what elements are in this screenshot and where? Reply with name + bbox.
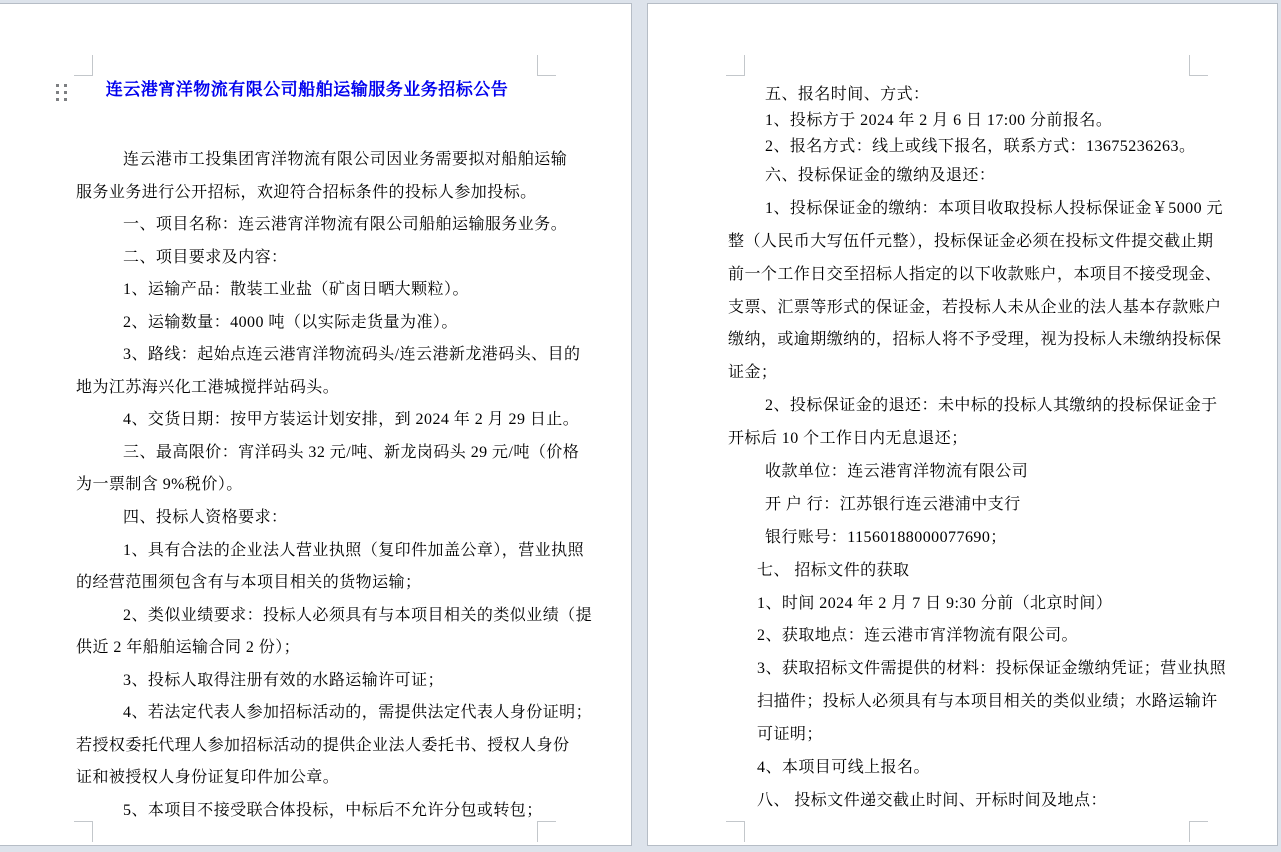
text-line: 2、投标保证金的退还：未中标的投标人其缴纳的投标保证金于 <box>728 390 1190 423</box>
text-line: 服务业务进行公开招标，欢迎符合招标条件的投标人参加投标。 <box>76 177 539 210</box>
margin-corner-mark-top-right <box>537 55 556 76</box>
text-line: 开 户 行：江苏银行连云港浦中支行 <box>728 489 1190 522</box>
text-line: 的经营范围须包含有与本项目相关的货物运输； <box>76 567 539 600</box>
text-line: 一、项目名称：连云港宵洋物流有限公司船舶运输服务业务。 <box>76 209 539 242</box>
text-line: 4、本项目可线上报名。 <box>728 752 1190 785</box>
margin-corner-mark-top-left <box>726 55 745 76</box>
text-line: 六、投标保证金的缴纳及退还： <box>728 160 1190 193</box>
text-line: 八、 投标文件递交截止时间、开标时间及地点： <box>728 785 1190 818</box>
text-line: 证金； <box>728 357 1190 390</box>
text-line: 3、获取招标文件需提供的材料：投标保证金缴纳凭证；营业执照 <box>728 653 1190 686</box>
text-line: 1、时间 2024 年 2 月 7 日 9:30 分前（北京时间） <box>728 588 1190 621</box>
margin-corner-mark-top-left <box>74 55 93 76</box>
text-line: 2、运输数量：4000 吨（以实际走货量为准）。 <box>76 307 539 340</box>
text-line: 4、交货日期：按甲方装运计划安排，到 2024 年 2 月 29 日止。 <box>76 404 539 437</box>
text-line: 5、本项目不接受联合体投标，中标后不允许分包或转包； <box>76 795 539 828</box>
text-line: 缴纳，或逾期缴纳的，招标人将不予受理，视为投标人未缴纳投标保 <box>728 324 1190 357</box>
document-title: 连云港宵洋物流有限公司船舶运输服务业务招标公告 <box>76 78 538 102</box>
text-line: 1、投标保证金的缴纳：本项目收取投标人投标保证金￥5000 元 <box>728 193 1190 226</box>
margin-corner-mark-bottom-left <box>726 821 745 842</box>
text-line: 1、投标方于 2024 年 2 月 6 日 17:00 分前报名。 <box>728 108 1190 134</box>
text-line: 收款单位：连云港宵洋物流有限公司 <box>728 456 1190 489</box>
document-page-1: 连云港宵洋物流有限公司船舶运输服务业务招标公告 连云港市工投集团宵洋物流有限公司… <box>0 4 631 845</box>
text-line: 2、获取地点：连云港市宵洋物流有限公司。 <box>728 620 1190 653</box>
text-line: 整（人民币大写伍仟元整），投标保证金必须在投标文件提交截止期 <box>728 226 1190 259</box>
text-line: 四、投标人资格要求： <box>76 502 539 535</box>
text-line: 为一票制含 9%税价）。 <box>76 469 539 502</box>
text-line: 2、报名方式：线上或线下报名，联系方式：13675236263。 <box>728 134 1190 160</box>
margin-corner-mark-top-right <box>1189 55 1208 76</box>
page-1-body: 连云港市工投集团宵洋物流有限公司因业务需要拟对船舶运输服务业务进行公开招标，欢迎… <box>76 144 539 827</box>
text-line: 1、具有合法的企业法人营业执照（复印件加盖公章），营业执照 <box>76 535 539 568</box>
text-line: 支票、汇票等形式的保证金，若投标人未从企业的法人基本存款账户 <box>728 292 1190 325</box>
page-2-body: 五、报名时间、方式：1、投标方于 2024 年 2 月 6 日 17:00 分前… <box>728 82 1190 818</box>
word-document-canvas: { "document": { "background_color": "#dd… <box>0 0 1281 852</box>
text-line: 二、项目要求及内容： <box>76 242 539 275</box>
text-line: 扫描件；投标人必须具有与本项目相关的类似业绩；水路运输许 <box>728 686 1190 719</box>
text-line: 供近 2 年船舶运输合同 2 份）； <box>76 632 539 665</box>
text-line: 开标后 10 个工作日内无息退还； <box>728 423 1190 456</box>
paragraph-drag-handle-icon[interactable] <box>56 84 68 103</box>
text-line: 4、若法定代表人参加招标活动的，需提供法定代表人身份证明； <box>76 697 539 730</box>
text-line: 可证明； <box>728 719 1190 752</box>
text-line: 1、运输产品：散装工业盐（矿卤日晒大颗粒）。 <box>76 274 539 307</box>
text-line: 前一个工作日交至招标人指定的以下收款账户，本项目不接受现金、 <box>728 259 1190 292</box>
text-line: 五、报名时间、方式： <box>728 82 1190 108</box>
text-line: 连云港市工投集团宵洋物流有限公司因业务需要拟对船舶运输 <box>76 144 539 177</box>
text-line: 三、最高限价：宵洋码头 32 元/吨、新龙岗码头 29 元/吨（价格 <box>76 437 539 470</box>
text-line: 证和被授权人身份证复印件加公章。 <box>76 762 539 795</box>
text-line: 地为江苏海兴化工港城搅拌站码头。 <box>76 372 539 405</box>
text-line: 3、路线：起始点连云港宵洋物流码头/连云港新龙港码头、目的 <box>76 339 539 372</box>
text-line: 2、类似业绩要求：投标人必须具有与本项目相关的类似业绩（提 <box>76 600 539 633</box>
text-line: 银行账号：11560188000077690； <box>728 522 1190 555</box>
text-line: 七、 招标文件的获取 <box>728 555 1190 588</box>
document-page-2: 五、报名时间、方式：1、投标方于 2024 年 2 月 6 日 17:00 分前… <box>648 4 1277 845</box>
text-line: 若授权委托代理人参加招标活动的提供企业法人委托书、授权人身份 <box>76 730 539 763</box>
text-line: 3、投标人取得注册有效的水路运输许可证； <box>76 665 539 698</box>
margin-corner-mark-bottom-right <box>1189 821 1208 842</box>
